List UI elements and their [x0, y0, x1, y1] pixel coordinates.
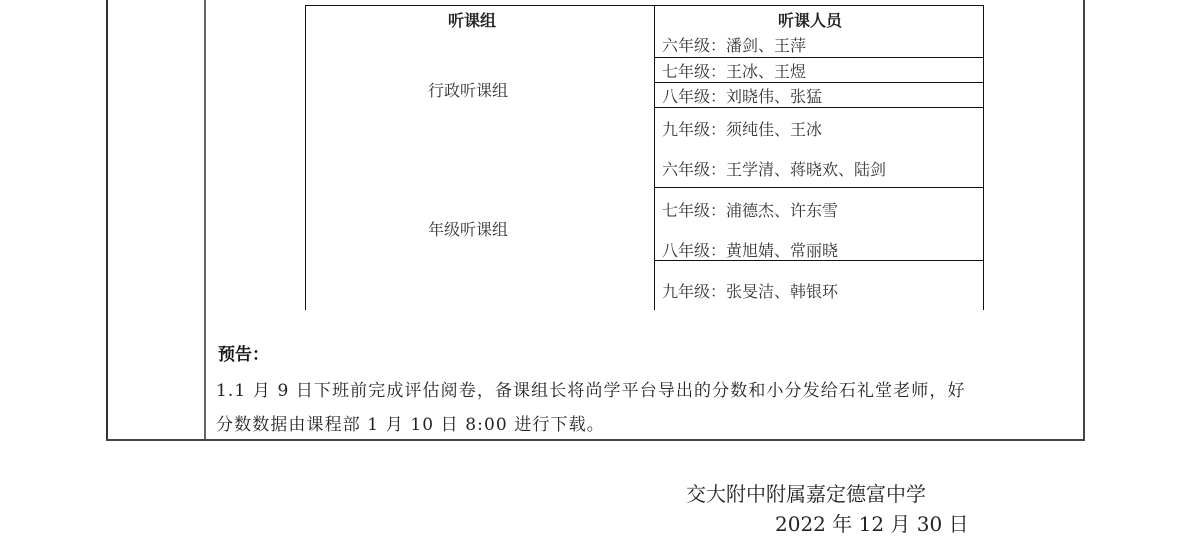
table-column-divider — [654, 5, 655, 310]
member-row: 七年级：浦德杰、许东雪 — [662, 198, 838, 221]
row-divider — [654, 82, 984, 83]
member-row: 九年级：张旻洁、韩银环 — [662, 279, 838, 302]
group-name-admin: 行政听课组 — [428, 78, 508, 101]
outer-table-column-divider — [204, 0, 206, 441]
signature-date: 2022 年 12 月 30 日 — [775, 508, 969, 537]
member-row: 八年级：刘晓伟、张猛 — [662, 84, 822, 107]
group-name-grade: 年级听课组 — [428, 217, 508, 240]
member-row: 六年级：王学清、蒋晓欢、陆剑 — [662, 157, 886, 180]
notice-title: 预告： — [218, 340, 269, 365]
row-divider — [654, 107, 984, 108]
outer-table-bottom-border — [106, 439, 1085, 441]
table-right-border — [983, 5, 984, 310]
outer-table-left-border — [106, 0, 108, 441]
outer-table-right-border — [1083, 0, 1085, 441]
table-left-border — [305, 5, 306, 310]
listening-group-table: 听课组 听课人员 行政听课组 年级听课组 六年级：潘剑、王萍 七年级：王冰、王煜… — [305, 5, 984, 310]
school-signature: 交大附中附属嘉定德富中学 — [686, 478, 926, 507]
notice-line-2: 分数数据由课程部 1 月 10 日 8:00 进行下载。 — [216, 410, 605, 435]
row-divider — [654, 57, 984, 58]
member-row: 九年级：须纯佳、王冰 — [662, 117, 822, 140]
table-top-border — [305, 5, 984, 6]
header-members: 听课人员 — [778, 8, 842, 31]
header-group: 听课组 — [448, 8, 496, 31]
notice-line-1: 1.1 月 9 日下班前完成评估阅卷，备课组长将尚学平台导出的分数和小分发给石礼… — [216, 376, 966, 401]
member-row: 八年级：黄旭婧、常丽晓 — [662, 238, 838, 261]
row-divider — [654, 187, 984, 188]
member-row: 六年级：潘剑、王萍 — [662, 33, 806, 56]
member-row: 七年级：王冰、王煜 — [662, 59, 806, 82]
